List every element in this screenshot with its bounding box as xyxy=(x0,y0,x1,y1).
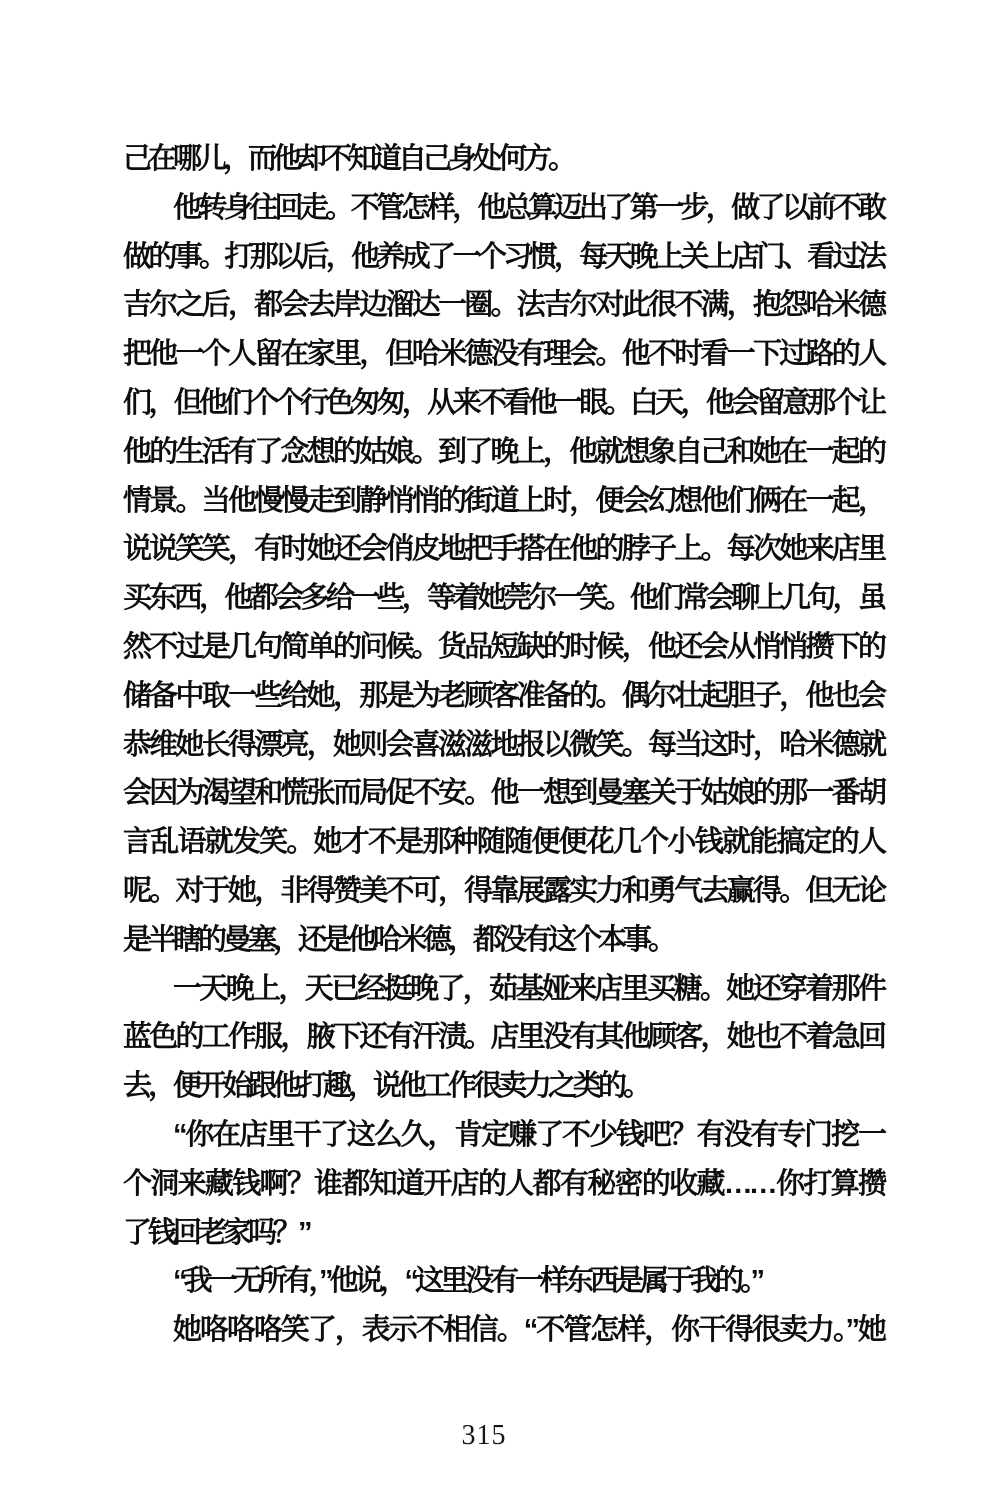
text-line: 一天晚上，天已经挺晚了，茹基娅来店里买糖。她还穿着那件 xyxy=(123,965,883,1014)
text-line: 吉尔之后，都会去岸边溜达一圈。法吉尔对此很不满，抱怨哈米德 xyxy=(123,281,883,330)
text-line: 她咯咯咯笑了，表示不相信。“不管怎样，你干得很卖力。”她 xyxy=(123,1306,883,1355)
text-line: 蓝色的工作服，腋下还有汗渍。店里没有其他顾客，她也不着急回 xyxy=(123,1013,883,1062)
text-line: 去，便开始跟他打趣，说他工作很卖力之类的。 xyxy=(123,1062,883,1111)
paragraph: 己在哪儿，而他却不知道自己身处何方。 xyxy=(123,135,883,184)
book-page: 己在哪儿，而他却不知道自己身处何方。他转身往回走。不管怎样，他总算迈出了第一步，… xyxy=(0,0,1008,1502)
text-line: 他转身往回走。不管怎样，他总算迈出了第一步，做了以前不敢 xyxy=(123,184,883,233)
text-line: 情景。当他慢慢走到静悄悄的街道上时，便会幻想他们俩在一起， xyxy=(123,477,883,526)
text-line: 他的生活有了念想的姑娘。到了晚上，他就想象自己和她在一起的 xyxy=(123,428,883,477)
text-line: 言乱语就发笑。她才不是那种随随便便花几个小钱就能搞定的人 xyxy=(123,818,883,867)
page-text: 己在哪儿，而他却不知道自己身处何方。他转身往回走。不管怎样，他总算迈出了第一步，… xyxy=(123,135,883,1355)
paragraph: 她咯咯咯笑了，表示不相信。“不管怎样，你干得很卖力。”她 xyxy=(123,1306,883,1355)
text-line: 个洞来藏钱啊？谁都知道开店的人都有秘密的收藏……你打算攒 xyxy=(123,1160,883,1209)
text-line: 把他一个人留在家里，但哈米德没有理会。他不时看一下过路的人 xyxy=(123,330,883,379)
paragraph: “我一无所有，”他说，“这里没有一样东西是属于我的。” xyxy=(123,1257,883,1306)
text-line: 是半瞎的曼塞，还是他哈米德，都没有这个本事。 xyxy=(123,916,883,965)
page-number: 315 xyxy=(0,1420,968,1452)
text-line: 买东西，他都会多给一些，等着她莞尔一笑。他们常会聊上几句，虽 xyxy=(123,574,883,623)
text-line: “你在店里干了这么久，肯定赚了不少钱吧？有没有专门挖一 xyxy=(123,1111,883,1160)
paragraph: 他转身往回走。不管怎样，他总算迈出了第一步，做了以前不敢做的事。打那以后，他养成… xyxy=(123,184,883,965)
text-line: 说说笑笑，有时她还会俏皮地把手搭在他的脖子上。每次她来店里 xyxy=(123,525,883,574)
text-line: 储备中取一些给她，那是为老顾客准备的。偶尔壮起胆子，他也会 xyxy=(123,672,883,721)
text-line: 恭维她长得漂亮，她则会喜滋滋地报以微笑。每当这时，哈米德就 xyxy=(123,721,883,770)
text-line: “我一无所有，”他说，“这里没有一样东西是属于我的。” xyxy=(123,1257,883,1306)
text-line: 呢。对于她，非得赞美不可，得靠展露实力和勇气去赢得。但无论 xyxy=(123,867,883,916)
paragraph: 一天晚上，天已经挺晚了，茹基娅来店里买糖。她还穿着那件蓝色的工作服，腋下还有汗渍… xyxy=(123,965,883,1111)
text-line: 做的事。打那以后，他养成了一个习惯，每天晚上关上店门、看过法 xyxy=(123,233,883,282)
text-line: 们，但他们个个行色匆匆，从来不看他一眼。白天，他会留意那个让 xyxy=(123,379,883,428)
paragraph: “你在店里干了这么久，肯定赚了不少钱吧？有没有专门挖一个洞来藏钱啊？谁都知道开店… xyxy=(123,1111,883,1257)
text-line: 会因为渴望和慌张而局促不安。他一想到曼塞关于姑娘的那一番胡 xyxy=(123,769,883,818)
text-line: 了钱回老家吗？” xyxy=(123,1209,883,1258)
text-line: 己在哪儿，而他却不知道自己身处何方。 xyxy=(123,135,883,184)
text-line: 然不过是几句简单的问候。货品短缺的时候，他还会从悄悄攒下的 xyxy=(123,623,883,672)
